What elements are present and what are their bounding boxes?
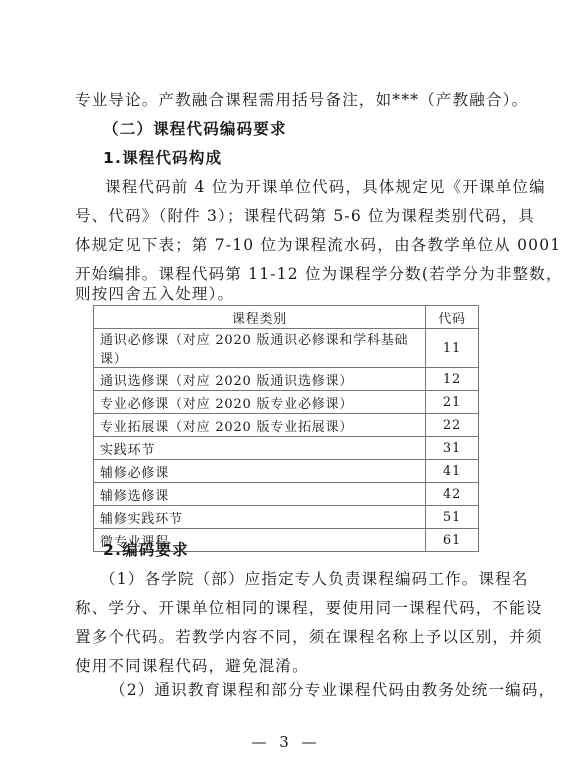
category-cell: 辅修实践环节	[94, 506, 426, 529]
table-row: 实践环节31	[94, 437, 479, 460]
code-cell: 22	[426, 414, 479, 437]
table-row: 通识必修课（对应 2020 版通识必修课和学科基础课）11	[94, 329, 479, 368]
code-cell: 41	[426, 460, 479, 483]
table-row: 辅修实践环节51	[94, 506, 479, 529]
subheading-coding-requirements: 2.编码要求	[103, 540, 523, 560]
category-cell: 专业必修课（对应 2020 版专业必修课）	[94, 391, 426, 414]
category-cell: 通识选修课（对应 2020 版通识选修课）	[94, 368, 426, 391]
paragraph-line: （2）通识教育课程和部分专业课程代码由教务处统一编码，	[110, 680, 495, 700]
code-cell: 21	[426, 391, 479, 414]
code-cell: 42	[426, 483, 479, 506]
category-cell: 辅修选修课	[94, 483, 426, 506]
category-cell: 实践环节	[94, 437, 426, 460]
category-cell: 专业拓展课（对应 2020 版专业拓展课）	[94, 414, 426, 437]
paragraph-line: 开始编排。课程代码第 11-12 位为课程学分数(若学分为非整数，	[75, 264, 495, 284]
header-category: 课程类别	[94, 306, 426, 329]
table-row: 专业拓展课（对应 2020 版专业拓展课）22	[94, 414, 479, 437]
code-cell: 51	[426, 506, 479, 529]
paragraph-line: 称、学分、开课单位相同的课程，要使用同一课程代码，不能设	[75, 598, 495, 618]
table-row: 专业必修课（对应 2020 版专业必修课）21	[94, 391, 479, 414]
paragraph-line: （1）各学院（部）应指定专人负责课程编码工作。课程名	[100, 569, 495, 589]
paragraph-line: 体规定见下表；第 7-10 位为课程流水码，由各教学单位从 0001	[75, 235, 495, 255]
table-header-row: 课程类别 代码	[94, 306, 479, 329]
table-row: 通识选修课（对应 2020 版通识选修课）12	[94, 368, 479, 391]
code-cell: 11	[426, 329, 479, 368]
code-cell: 31	[426, 437, 479, 460]
header-code: 代码	[426, 306, 479, 329]
paragraph-line: 号、代码》（附件 3）；课程代码第 5-6 位为课程类别代码，具	[75, 206, 495, 226]
course-category-table: 课程类别 代码 通识必修课（对应 2020 版通识必修课和学科基础课）11 通识…	[93, 305, 479, 552]
table-row: 辅修选修课42	[94, 483, 479, 506]
paragraph-line: 则按四舍五入处理）。	[75, 284, 495, 304]
table-row: 辅修必修课41	[94, 460, 479, 483]
subheading-code-structure: 1.课程代码构成	[103, 148, 523, 168]
paragraph-line: 置多个代码。若教学内容不同，须在课程名称上予以区别，并须	[75, 627, 495, 647]
paragraph-line: 使用不同课程代码，避免混淆。	[75, 656, 495, 676]
paragraph-line: 课程代码前 4 位为开课单位代码，具体规定见《开课单位编	[105, 177, 495, 197]
category-cell: 辅修必修课	[94, 460, 426, 483]
category-cell: 通识必修课（对应 2020 版通识必修课和学科基础课）	[94, 329, 426, 368]
page-number: — 3 —	[0, 733, 572, 751]
section-heading: （二）课程代码编码要求	[103, 119, 523, 139]
body-text-line: 专业导论。产教融合课程需用括号备注，如***（产教融合）。	[75, 90, 495, 110]
code-cell: 12	[426, 368, 479, 391]
